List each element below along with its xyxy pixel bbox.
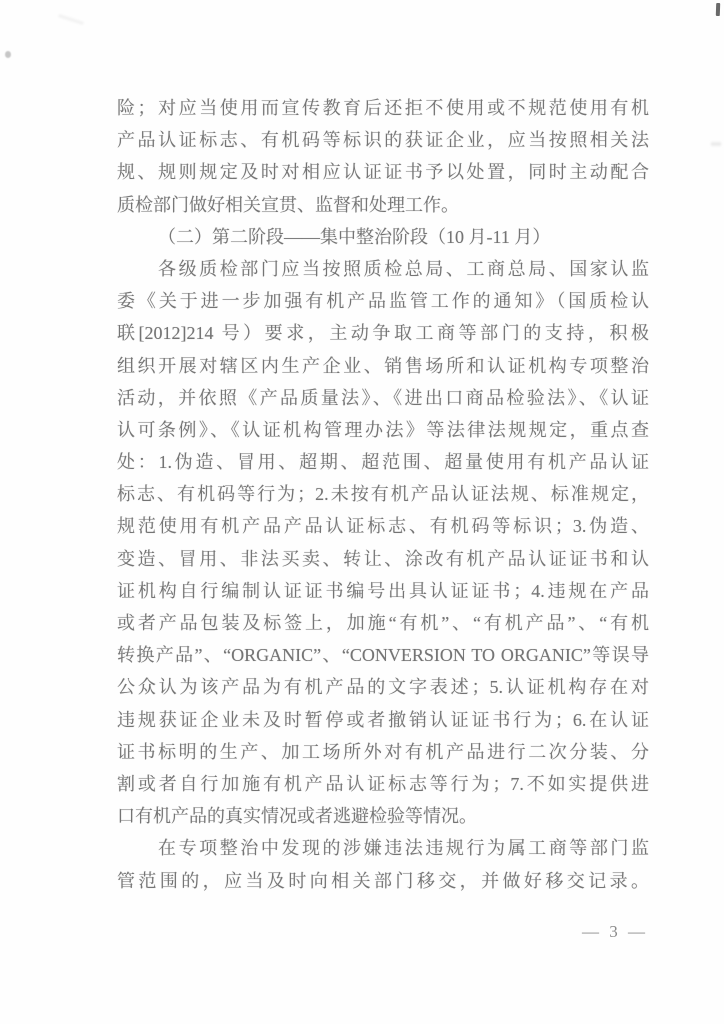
text-line: 处：1.伪造、冒用、超期、超范围、超量使用有机产品认证 <box>117 446 649 478</box>
scan-artifact-speck-icon <box>5 51 11 58</box>
text-line: 证机构自行编制认证证书编号出具认证证书；4.违规在产品 <box>117 575 649 607</box>
text-line: （二）第二阶段——集中整治阶段（10 月-11 月） <box>117 221 649 253</box>
text-line: 质检部门做好相关宣贯、监督和处理工作。 <box>117 189 649 221</box>
text-line: 管范围的，应当及时向相关部门移交，并做好移交记录。 <box>117 865 649 897</box>
text-line: 产品认证标志、有机码等标识的获证企业，应当按照相关法 <box>117 124 649 156</box>
text-line: 委《关于进一步加强有机产品监管工作的通知》（国质检认 <box>117 285 649 317</box>
text-line: 或者产品包装及标签上，加施“有机”、“有机产品”、“有机 <box>117 607 649 639</box>
text-line: 规范使用有机产品产品认证标志、有机码等标识；3.伪造、 <box>117 510 649 542</box>
scan-artifact-streak-icon <box>58 14 84 25</box>
text-line: 规、规则规定及时对相应认证证书予以处置，同时主动配合 <box>117 156 649 188</box>
text-line: 各级质检部门应当按照质检总局、工商总局、国家认监 <box>117 253 649 285</box>
text-line: 活动，并依照《产品质量法》、《进出口商品检验法》、《认证 <box>117 382 649 414</box>
text-line: 转换产品”、“ORGANIC”、“CONVERSION TO ORGANIC”等… <box>117 639 649 671</box>
text-line: 公众认为该产品为有机产品的文字表述；5.认证机构存在对 <box>117 671 649 703</box>
text-line: 变造、冒用、非法买卖、转让、涂改有机产品认证证书和认 <box>117 543 649 575</box>
text-line: 证书标明的生产、加工场所外对有机产品进行二次分装、分 <box>117 736 649 768</box>
scanned-document-page: 险；对应当使用而宣传教育后还拒不使用或不规范使用有机产品认证标志、有机码等标识的… <box>0 0 724 1024</box>
scan-artifact-tick-icon <box>716 3 720 16</box>
text-line: 组织开展对辖区内生产企业、销售场所和认证机构专项整治 <box>117 350 649 382</box>
text-line: 在专项整治中发现的涉嫌违法违规行为属工商等部门监 <box>117 832 649 864</box>
text-line: 割或者自行加施有机产品认证标志等行为；7.不如实提供进 <box>117 768 649 800</box>
text-line: 违规获证企业未及时暂停或者撤销认证证书行为；6.在认证 <box>117 704 649 736</box>
text-line: 险；对应当使用而宣传教育后还拒不使用或不规范使用有机 <box>117 92 649 124</box>
text-line: 联[2012]214 号）要求，主动争取工商等部门的支持，积极 <box>117 317 649 349</box>
text-line: 标志、有机码等行为；2.未按有机产品认证法规、标准规定， <box>117 478 649 510</box>
text-line: 口有机产品的真实情况或者逃避检验等情况。 <box>117 800 649 832</box>
scan-artifact-smudge-icon <box>711 142 721 146</box>
document-body-text: 险；对应当使用而宣传教育后还拒不使用或不规范使用有机产品认证标志、有机码等标识的… <box>117 92 649 897</box>
page-number: — 3 — <box>560 922 670 942</box>
text-line: 认可条例》、《认证机构管理办法》等法律法规规定，重点查 <box>117 414 649 446</box>
